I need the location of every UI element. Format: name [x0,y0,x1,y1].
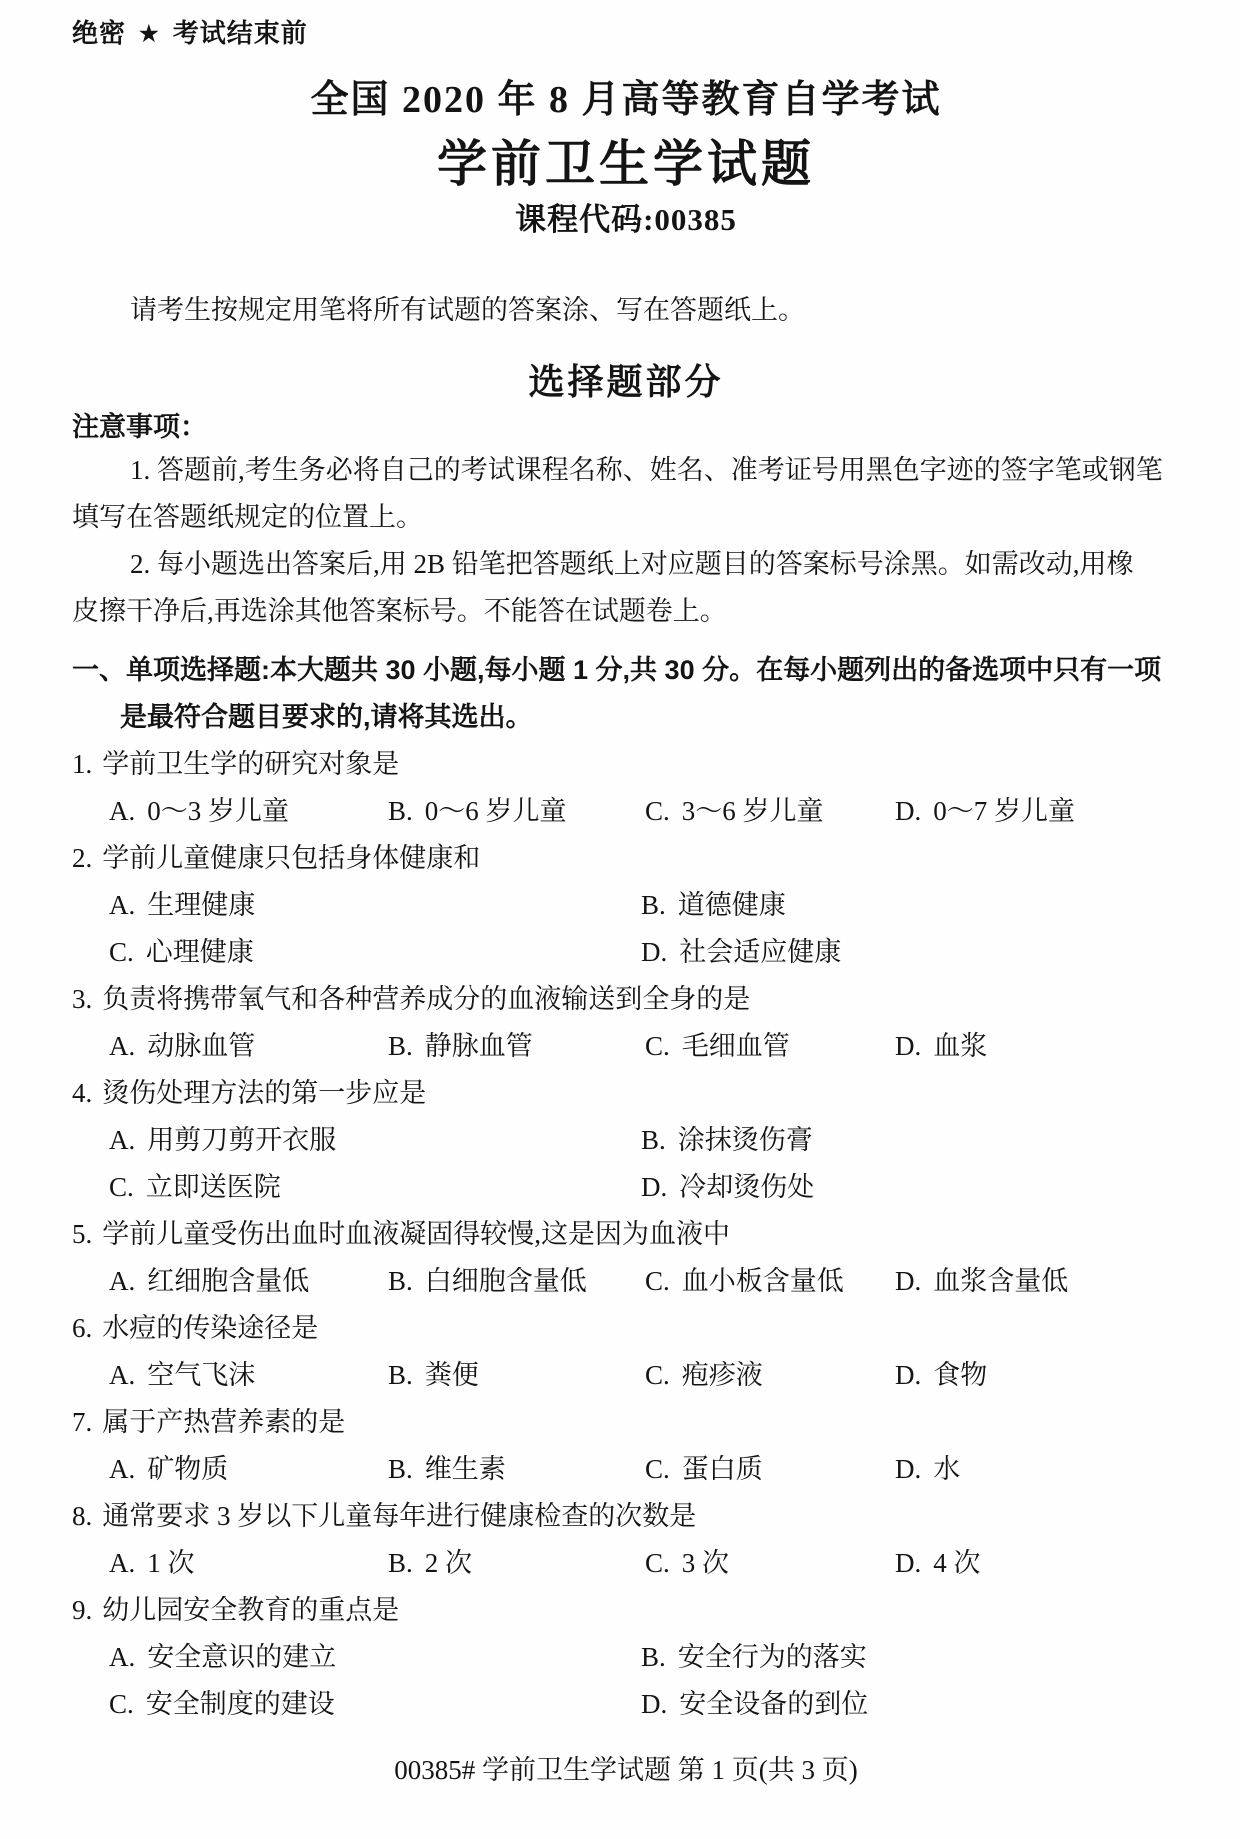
option-label: D. [641,1689,667,1719]
question-stem: 负责将携带氧气和各种营养成分的血液输送到全身的是 [102,984,750,1014]
options-row: A.安全意识的建立 B.安全行为的落实 [109,1634,1180,1681]
option-c: C.3 次 [645,1540,895,1587]
notes-heading: 注意事项： [72,407,1180,447]
question-block-5: 5.学前儿童受伤出血时血液凝固得较慢,这是因为血液中 A.红细胞含量低 B.白细… [72,1211,1180,1305]
answer-instruction: 请考生按规定用笔将所有试题的答案涂、写在答题纸上。 [72,289,1180,331]
options-row: A.0～3 岁儿童 B.0～6 岁儿童 C.3～6 岁儿童 D.0～7 岁儿童 [109,788,1180,835]
option-text: 白细胞含量低 [425,1266,587,1296]
option-label: D. [895,1548,921,1578]
question-block-3: 3.负责将携带氧气和各种营养成分的血液输送到全身的是 A.动脉血管 B.静脉血管… [72,976,1180,1070]
note-item-1-line-2: 填写在答题纸规定的位置上。 [72,494,1180,541]
option-label: A. [109,796,135,826]
option-b: B.安全行为的落实 [641,1634,1180,1681]
option-d: D.4 次 [895,1540,1180,1587]
option-text: 安全意识的建立 [147,1642,336,1672]
option-d: D.社会适应健康 [641,929,1180,976]
option-c: C.血小板含量低 [645,1258,895,1305]
note-item-2-line-1: 2. 每小题选出答案后,用 2B 铅笔把答题纸上对应题目的答案标号涂黑。如需改动… [72,541,1180,588]
option-text: 用剪刀剪开衣服 [147,1125,336,1155]
option-text: 涂抹烫伤膏 [678,1125,813,1155]
option-text: 2 次 [425,1548,472,1578]
option-label: A. [109,890,135,920]
question-number: 7. [72,1407,92,1437]
option-text: 社会适应健康 [679,937,841,967]
option-text: 蛋白质 [682,1454,763,1484]
option-text: 安全设备的到位 [679,1689,868,1719]
classification-banner: 绝密★考试结束前 [72,16,1180,51]
note-item-1-line-1: 1. 答题前,考生务必将自己的考试课程名称、姓名、准考证号用黑色字迹的签字笔或钢… [72,447,1180,494]
options-row: A.1 次 B.2 次 C.3 次 D.4 次 [109,1540,1180,1587]
question-text: 2.学前儿童健康只包括身体健康和 [72,835,1180,882]
option-d: D.食物 [895,1352,1180,1399]
option-c: C.蛋白质 [645,1446,895,1493]
options-row: C.立即送医院 D.冷却烫伤处 [109,1164,1180,1211]
question-text: 4.烫伤处理方法的第一步应是 [72,1070,1180,1117]
page-footer: 00385# 学前卫生学试题 第 1 页(共 3 页) [72,1748,1180,1792]
option-d: D.冷却烫伤处 [641,1164,1180,1211]
question-number: 2. [72,843,92,873]
option-c: C.疱疹液 [645,1352,895,1399]
option-label: B. [388,1454,413,1484]
option-text: 3～6 岁儿童 [682,796,824,826]
option-label: A. [109,1125,135,1155]
options-row: A.动脉血管 B.静脉血管 C.毛细血管 D.血浆 [109,1023,1180,1070]
option-c: C.3～6 岁儿童 [645,788,895,835]
option-label: B. [641,1642,666,1672]
question-block-2: 2.学前儿童健康只包括身体健康和 A.生理健康 B.道德健康 C.心理健康 D.… [72,835,1180,976]
option-text: 红细胞含量低 [147,1266,309,1296]
option-label: D. [641,1172,667,1202]
question-stem: 通常要求 3 岁以下儿童每年进行健康检查的次数是 [102,1501,696,1531]
question-number: 3. [72,984,92,1014]
question-text: 8.通常要求 3 岁以下儿童每年进行健康检查的次数是 [72,1493,1180,1540]
option-text: 矿物质 [147,1454,228,1484]
option-text: 立即送医院 [146,1172,281,1202]
option-text: 疱疹液 [682,1360,763,1390]
option-c: C.安全制度的建设 [109,1681,641,1728]
classification-prefix: 绝密 [72,18,126,48]
option-label: C. [645,1031,670,1061]
question-stem: 幼儿园安全教育的重点是 [102,1595,399,1625]
option-label: B. [641,1125,666,1155]
option-label: B. [388,1266,413,1296]
option-label: C. [645,1548,670,1578]
options-row: C.心理健康 D.社会适应健康 [109,929,1180,976]
option-text: 维生素 [425,1454,506,1484]
exam-title: 全国 2020 年 8 月高等教育自学考试 [72,77,1180,123]
option-text: 0～7 岁儿童 [933,796,1075,826]
option-label: C. [645,1360,670,1390]
option-text: 水 [933,1454,960,1484]
option-label: B. [641,890,666,920]
option-text: 0～3 岁儿童 [147,796,289,826]
question-number: 6. [72,1313,92,1343]
option-text: 3 次 [682,1548,729,1578]
option-label: B. [388,1548,413,1578]
question-block-9: 9.幼儿园安全教育的重点是 A.安全意识的建立 B.安全行为的落实 C.安全制度… [72,1587,1180,1728]
option-text: 空气飞沫 [147,1360,255,1390]
option-text: 食物 [933,1360,987,1390]
option-b: B.2 次 [388,1540,645,1587]
options-row: A.生理健康 B.道德健康 [109,882,1180,929]
options-row: C.安全制度的建设 D.安全设备的到位 [109,1681,1180,1728]
option-d: D.血浆含量低 [895,1258,1180,1305]
option-label: C. [109,1689,134,1719]
option-d: D.水 [895,1446,1180,1493]
question-number: 9. [72,1595,92,1625]
option-label: B. [388,1031,413,1061]
option-label: D. [895,1360,921,1390]
option-text: 心理健康 [146,937,254,967]
option-label: A. [109,1548,135,1578]
option-b: B.白细胞含量低 [388,1258,645,1305]
option-b: B.粪便 [388,1352,645,1399]
option-c: C.立即送医院 [109,1164,641,1211]
option-label: B. [388,1360,413,1390]
options-row: A.矿物质 B.维生素 C.蛋白质 D.水 [109,1446,1180,1493]
option-text: 粪便 [425,1360,479,1390]
exam-subject-title: 学前卫生学试题 [72,133,1180,195]
option-a: A.生理健康 [109,882,641,929]
question-number: 1. [72,749,92,779]
option-text: 道德健康 [678,890,786,920]
option-b: B.道德健康 [641,882,1180,929]
option-label: D. [895,1031,921,1061]
option-b: B.0～6 岁儿童 [388,788,645,835]
question-block-4: 4.烫伤处理方法的第一步应是 A.用剪刀剪开衣服 B.涂抹烫伤膏 C.立即送医院… [72,1070,1180,1211]
option-text: 0～6 岁儿童 [425,796,567,826]
option-label: D. [895,1266,921,1296]
question-block-1: 1.学前卫生学的研究对象是 A.0～3 岁儿童 B.0～6 岁儿童 C.3～6 … [72,741,1180,835]
option-b: B.涂抹烫伤膏 [641,1117,1180,1164]
option-c: C.心理健康 [109,929,641,976]
option-label: D. [895,796,921,826]
question-text: 3.负责将携带氧气和各种营养成分的血液输送到全身的是 [72,976,1180,1023]
option-label: A. [109,1454,135,1484]
option-text: 安全行为的落实 [678,1642,867,1672]
note-item-2-line-2: 皮擦干净后,再选涂其他答案标号。不能答在试题卷上。 [72,588,1180,635]
course-code: 课程代码:00385 [72,201,1180,239]
option-d: D.0～7 岁儿童 [895,788,1180,835]
star-icon: ★ [139,17,160,51]
option-text: 血浆含量低 [933,1266,1068,1296]
option-text: 静脉血管 [425,1031,533,1061]
option-label: D. [895,1454,921,1484]
section-title: 选择题部分 [72,359,1180,405]
option-label: A. [109,1360,135,1390]
options-row: A.空气飞沫 B.粪便 C.疱疹液 D.食物 [109,1352,1180,1399]
option-text: 血小板含量低 [682,1266,844,1296]
question-number: 4. [72,1078,92,1108]
question-text: 9.幼儿园安全教育的重点是 [72,1587,1180,1634]
option-d: D.安全设备的到位 [641,1681,1180,1728]
part-one-heading-line-1: 一、单项选择题:本大题共 30 小题,每小题 1 分,共 30 分。在每小题列出… [72,647,1180,694]
option-a: A.矿物质 [109,1446,388,1493]
question-block-7: 7.属于产热营养素的是 A.矿物质 B.维生素 C.蛋白质 D.水 [72,1399,1180,1493]
question-stem: 学前儿童健康只包括身体健康和 [102,843,480,873]
classification-suffix: 考试结束前 [173,18,308,48]
option-a: A.安全意识的建立 [109,1634,641,1681]
options-row: A.用剪刀剪开衣服 B.涂抹烫伤膏 [109,1117,1180,1164]
option-label: B. [388,796,413,826]
options-row: A.红细胞含量低 B.白细胞含量低 C.血小板含量低 D.血浆含量低 [109,1258,1180,1305]
option-label: C. [109,937,134,967]
option-label: C. [645,796,670,826]
question-number: 5. [72,1219,92,1249]
question-text: 6.水痘的传染途径是 [72,1305,1180,1352]
option-text: 血浆 [933,1031,987,1061]
question-stem: 水痘的传染途径是 [102,1313,318,1343]
question-stem: 属于产热营养素的是 [102,1407,345,1437]
option-a: A.1 次 [109,1540,388,1587]
option-label: C. [645,1454,670,1484]
option-a: A.红细胞含量低 [109,1258,388,1305]
option-d: D.血浆 [895,1023,1180,1070]
option-label: D. [641,937,667,967]
exam-page: 绝密★考试结束前 全国 2020 年 8 月高等教育自学考试 学前卫生学试题 课… [0,0,1240,1839]
option-a: A.0～3 岁儿童 [109,788,388,835]
question-number: 8. [72,1501,92,1531]
option-label: A. [109,1266,135,1296]
option-text: 4 次 [933,1548,980,1578]
option-text: 毛细血管 [682,1031,790,1061]
option-b: B.维生素 [388,1446,645,1493]
option-text: 冷却烫伤处 [679,1172,814,1202]
question-block-8: 8.通常要求 3 岁以下儿童每年进行健康检查的次数是 A.1 次 B.2 次 C… [72,1493,1180,1587]
option-a: A.动脉血管 [109,1023,388,1070]
option-label: A. [109,1031,135,1061]
option-label: C. [109,1172,134,1202]
question-text: 7.属于产热营养素的是 [72,1399,1180,1446]
question-stem: 学前卫生学的研究对象是 [102,749,399,779]
option-a: A.用剪刀剪开衣服 [109,1117,641,1164]
question-text: 5.学前儿童受伤出血时血液凝固得较慢,这是因为血液中 [72,1211,1180,1258]
option-text: 生理健康 [147,890,255,920]
option-c: C.毛细血管 [645,1023,895,1070]
option-label: A. [109,1642,135,1672]
option-text: 安全制度的建设 [146,1689,335,1719]
question-text: 1.学前卫生学的研究对象是 [72,741,1180,788]
option-label: C. [645,1266,670,1296]
question-block-6: 6.水痘的传染途径是 A.空气飞沫 B.粪便 C.疱疹液 D.食物 [72,1305,1180,1399]
part-one-heading-line-2: 是最符合题目要求的,请将其选出。 [72,694,1180,741]
question-stem: 烫伤处理方法的第一步应是 [102,1078,426,1108]
option-text: 1 次 [147,1548,194,1578]
option-a: A.空气飞沫 [109,1352,388,1399]
question-stem: 学前儿童受伤出血时血液凝固得较慢,这是因为血液中 [102,1219,730,1249]
option-text: 动脉血管 [147,1031,255,1061]
option-b: B.静脉血管 [388,1023,645,1070]
